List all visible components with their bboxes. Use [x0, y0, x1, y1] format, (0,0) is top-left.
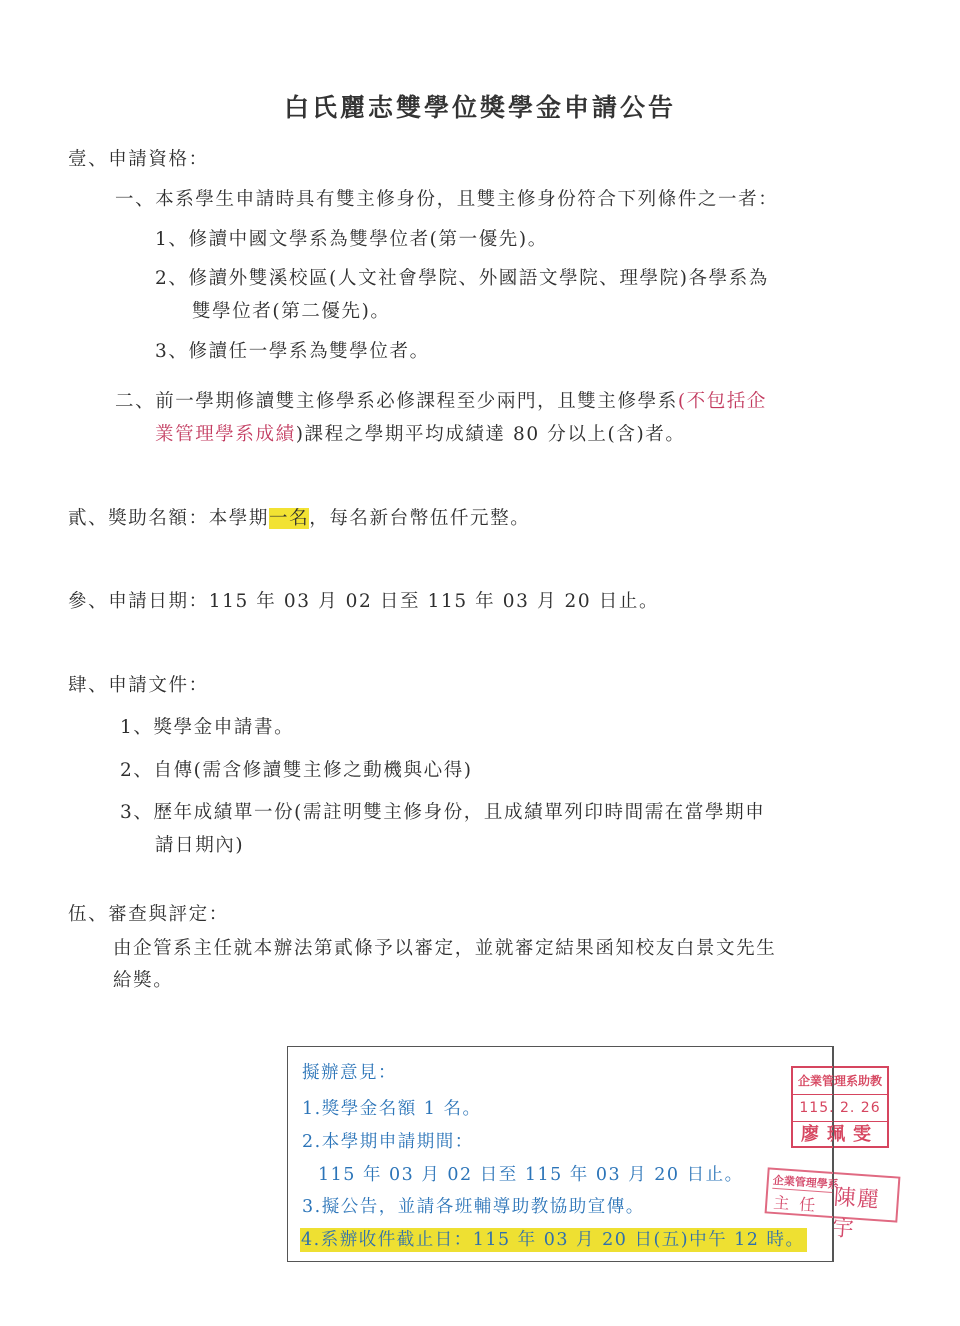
- stamp-date: 115. 2. 26: [793, 1095, 887, 1122]
- item-2-text-cont: )課程之學期平均成績達 80 分以上(含)者。: [296, 424, 686, 445]
- opinion-line-2: 2.本學期申請期間：: [302, 1128, 474, 1153]
- deadline-highlight: 4.系辦收件截止日：115 年 03 月 20 日(五)中午 12 時。: [300, 1228, 807, 1252]
- award-quota-highlight: 一名: [269, 508, 309, 529]
- section-5-body-line-1: 由企管系主任就本辦法第貳條予以審定，並就審定結果函知校友白景文先生: [113, 937, 776, 961]
- chair-stamp-name: 陳麗宇: [831, 1180, 898, 1246]
- item-2-text: 二、前一學期修讀雙主修學系必修課程至少兩門，且雙主修學系: [115, 391, 678, 412]
- opinion-line-2-dates: 115 年 03 月 02 日至 115 年 03 月 20 日止。: [318, 1161, 744, 1186]
- section-2-award-quota: 貳、獎助名額：本學期一名，每名新台幣伍仟元整。: [68, 507, 530, 531]
- document-item-1: 1、獎學金申請書。: [120, 716, 294, 740]
- stamp-name: 廖珮雯: [793, 1122, 887, 1148]
- section-5-heading: 伍、審查與評定：: [68, 903, 229, 927]
- assistant-approval-stamp: 企業管理系助教 115. 2. 26 廖珮雯: [791, 1066, 889, 1148]
- proposed-opinion-box: 擬辦意見： 1.獎學金名額 1 名。 2.本學期申請期間： 115 年 03 月…: [287, 1046, 833, 1262]
- opinion-line-1: 1.獎學金名額 1 名。: [302, 1095, 481, 1120]
- document-title: 白氏麗志雙學位獎學金申請公告: [0, 88, 960, 124]
- condition-2-cont: 雙學位者(第二優先)。: [192, 300, 391, 324]
- opinion-box-right-border: [833, 1046, 834, 1262]
- chair-stamp-role: 主任: [773, 1190, 826, 1217]
- section-1-item-2-line-2: 業管理學系成績)課程之學期平均成績達 80 分以上(含)者。: [155, 423, 685, 447]
- item-2-emphasis: (不包括企: [678, 391, 767, 412]
- condition-2: 2、修讀外雙溪校區(人文社會學院、外國語文學院、理學院)各學系為: [155, 267, 769, 291]
- award-quota-suffix: ，每名新台幣伍仟元整。: [309, 508, 530, 529]
- condition-3: 3、修讀任一學系為雙學位者。: [155, 340, 430, 364]
- section-5-body-line-2: 給獎。: [113, 969, 173, 993]
- opinion-heading: 擬辦意見：: [302, 1059, 397, 1084]
- document-item-3-cont: 請日期內): [155, 834, 244, 858]
- section-1-item-2-line-1: 二、前一學期修讀雙主修學系必修課程至少兩門，且雙主修學系(不包括企: [115, 390, 767, 414]
- stamp-dept: 企業管理系助教: [793, 1068, 887, 1095]
- document-item-3: 3、歷年成績單一份(需註明雙主修身份，且成績單列印時間需在當學期申: [120, 801, 765, 825]
- condition-1: 1、修讀中國文學系為雙學位者(第一優先)。: [155, 228, 548, 252]
- item-2-emphasis-cont: 業管理學系成績: [155, 424, 296, 445]
- award-quota-prefix: 貳、獎助名額：本學期: [68, 508, 269, 529]
- opinion-line-4-deadline: 4.系辦收件截止日：115 年 03 月 20 日(五)中午 12 時。: [300, 1226, 807, 1251]
- opinion-line-3: 3.擬公告，並請各班輔導助教協助宣傳。: [302, 1193, 645, 1218]
- section-4-heading: 肆、申請文件：: [68, 674, 209, 698]
- section-1-item-1: 一、本系學生申請時具有雙主修身份，且雙主修身份符合下列條件之一者：: [115, 188, 778, 212]
- section-3-application-dates: 參、申請日期：115 年 03 月 02 日至 115 年 03 月 20 日止…: [68, 590, 659, 614]
- section-1-heading: 壹、申請資格：: [68, 148, 209, 172]
- document-item-2: 2、自傳(需含修讀雙主修之動機與心得): [120, 759, 473, 783]
